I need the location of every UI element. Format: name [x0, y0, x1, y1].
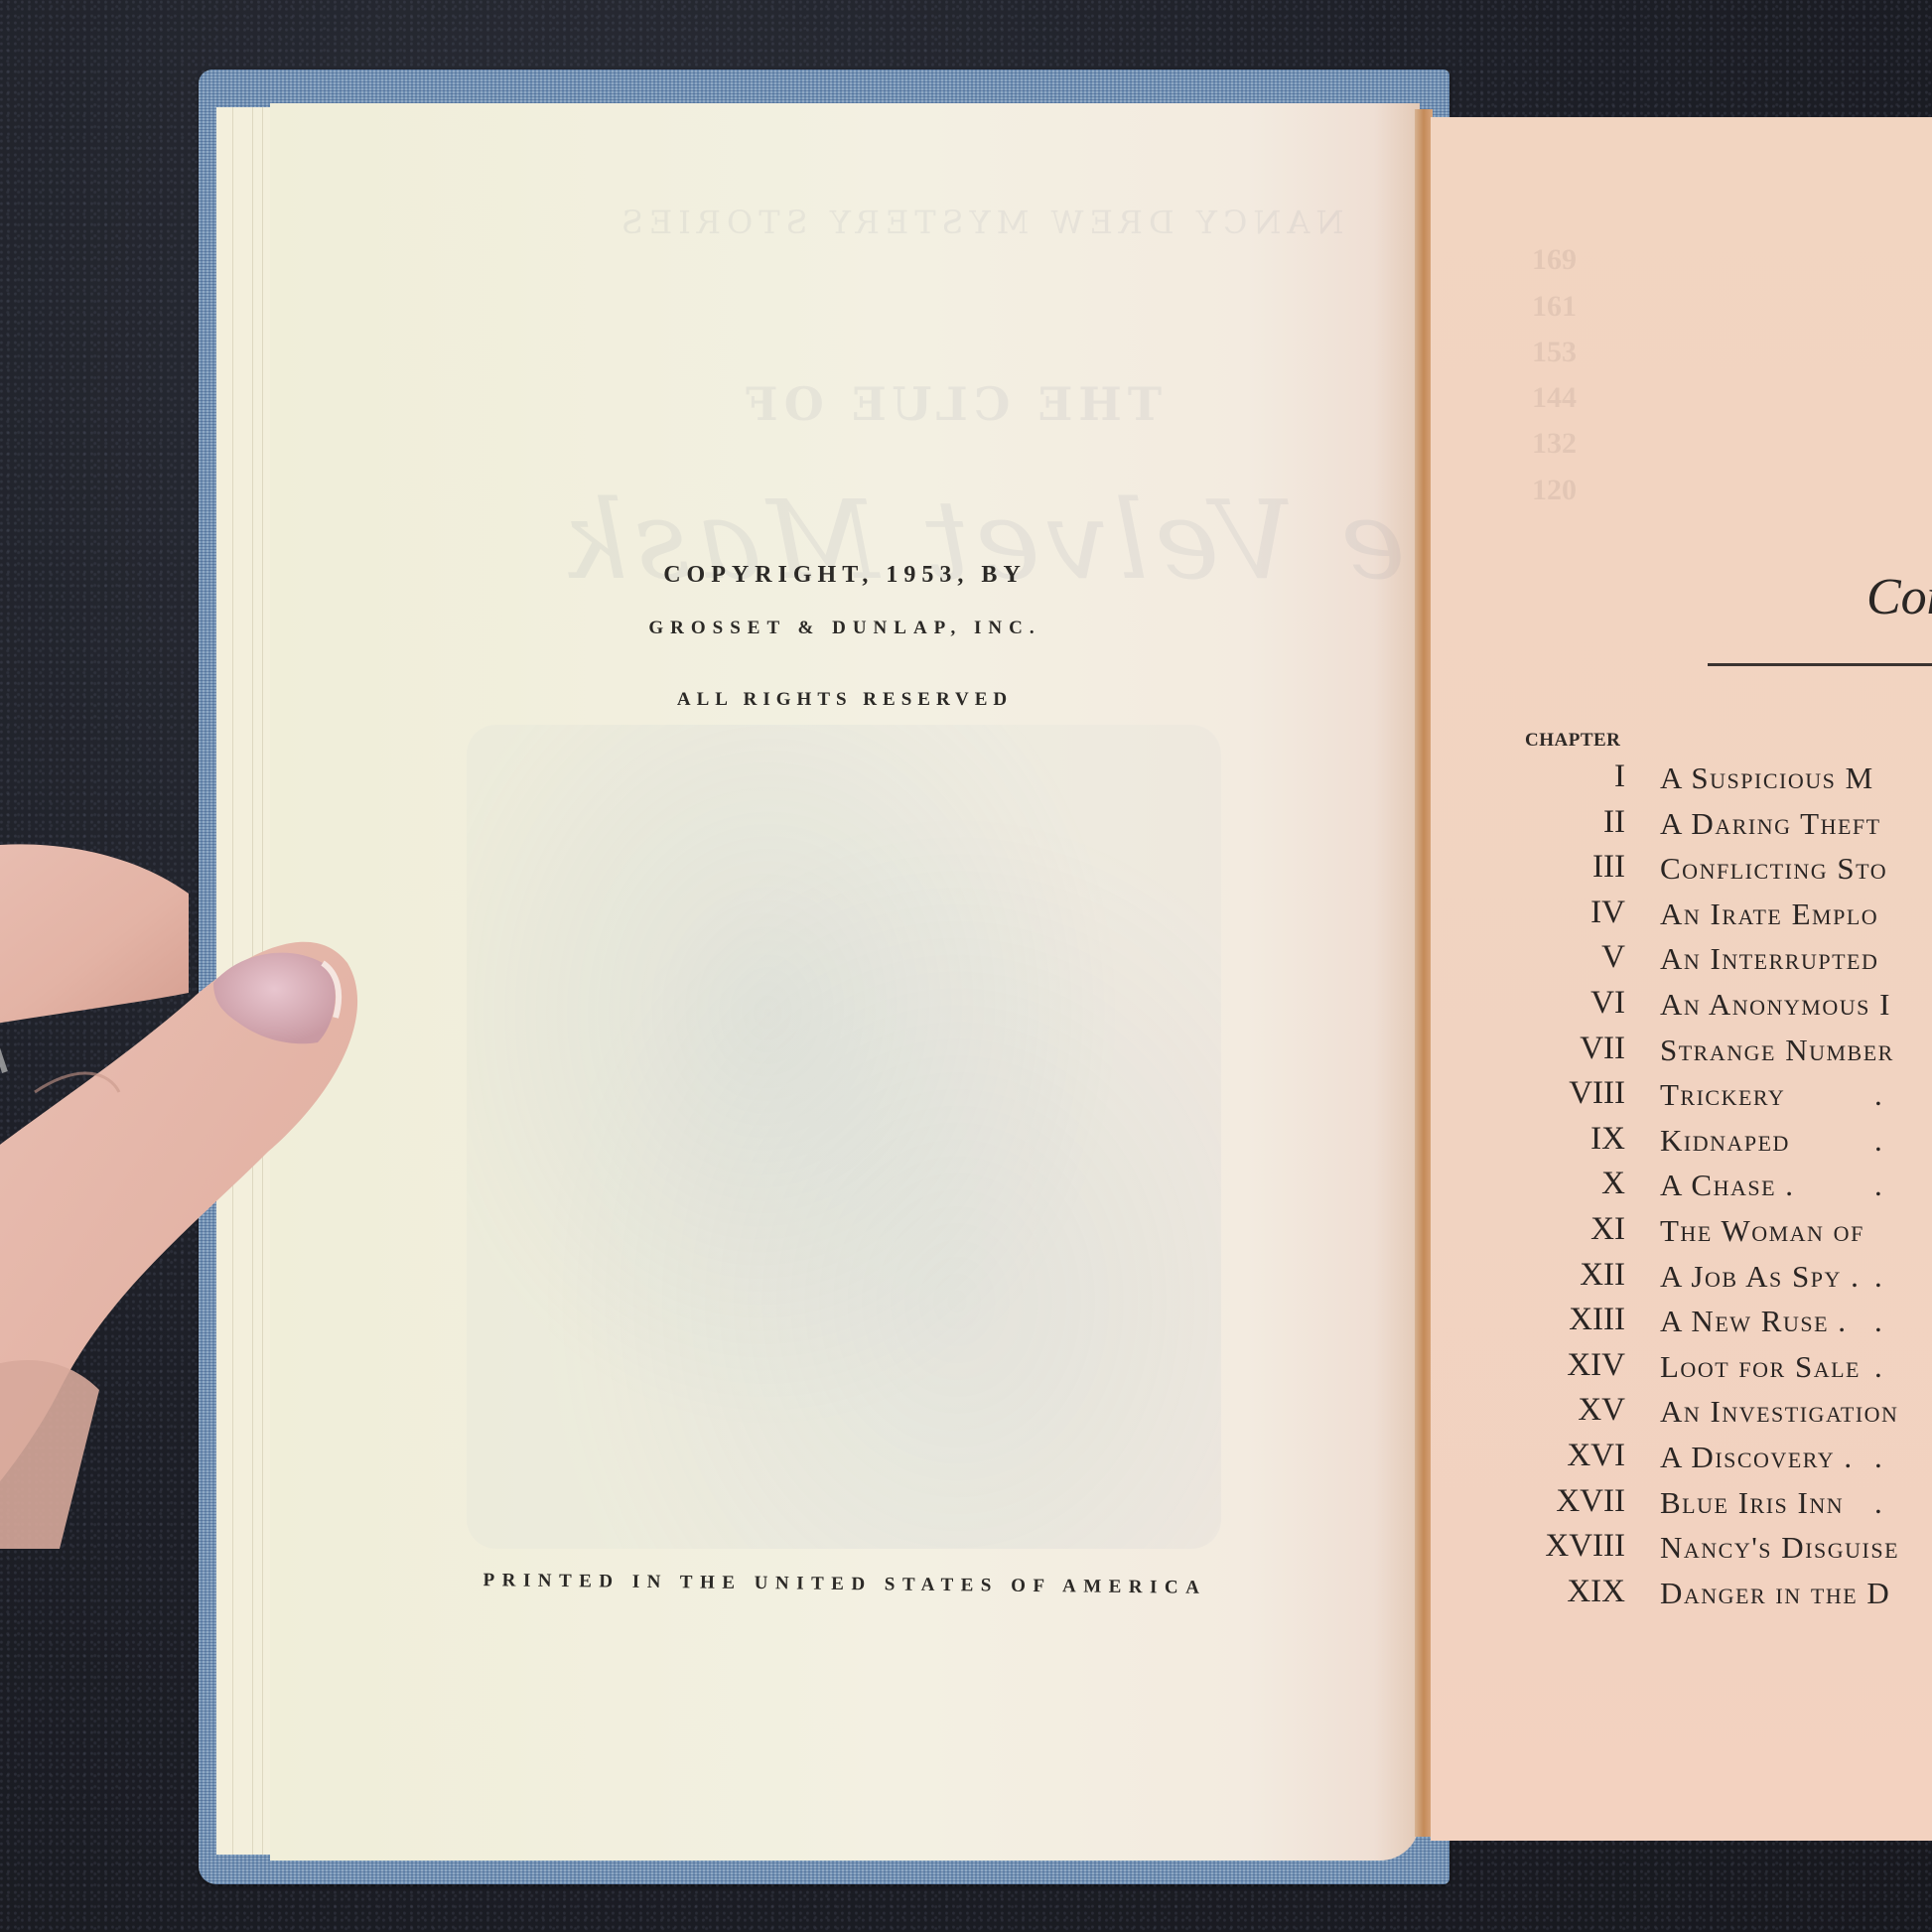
chapter-title: A Discovery . [1660, 1440, 1854, 1475]
leader-dots: . . [1874, 1077, 1932, 1113]
toc-row: VIIStrange Number [1489, 1031, 1932, 1076]
chapter-title: Blue Iris Inn [1660, 1485, 1844, 1521]
toc-row: IVAn Irate Emplo [1489, 895, 1932, 940]
chapter-numeral: XIX [1567, 1574, 1625, 1610]
chapter-numeral: VIII [1569, 1075, 1625, 1112]
leader-dots: . . [1874, 1123, 1932, 1159]
toc-row: XA Chase .. . [1489, 1166, 1932, 1211]
leader-dots: . [1874, 1440, 1912, 1475]
chapter-numeral: XVI [1567, 1438, 1625, 1474]
toc-row: XIVLoot for Sale. [1489, 1347, 1932, 1393]
chapter-title: An Irate Emplo [1660, 897, 1878, 932]
toc-row: XIIIA New Ruse .. [1489, 1302, 1932, 1347]
chapter-numeral: XV [1578, 1392, 1625, 1429]
chapter-title: A New Ruse . [1660, 1304, 1848, 1339]
chapter-title: Strange Number [1660, 1033, 1894, 1068]
chapter-title: A Daring Theft [1660, 806, 1881, 842]
toc-row: IIA Daring Theft [1489, 804, 1932, 850]
chapter-numeral: III [1592, 849, 1625, 886]
chapter-label: CHAPTER [1525, 730, 1620, 752]
chapter-title: An Anonymous I [1660, 987, 1891, 1023]
chapter-numeral: X [1601, 1166, 1625, 1202]
chapter-title: Nancy's Disguise [1660, 1530, 1899, 1566]
toc-row: IXKidnaped. . [1489, 1121, 1932, 1167]
chapter-title: An Interrupted [1660, 941, 1878, 977]
copyright-line: COPYRIGHT, 1953, BY [270, 562, 1420, 589]
chapter-numeral: IX [1590, 1121, 1625, 1158]
chapter-title: Kidnaped [1660, 1123, 1790, 1159]
chapter-title: Danger in the D [1660, 1576, 1890, 1611]
chapter-numeral: I [1614, 759, 1625, 795]
toc-row: VIIITrickery. . [1489, 1075, 1932, 1121]
chapter-title: Conflicting Sto [1660, 851, 1887, 887]
leader-dots: . [1874, 1485, 1912, 1521]
toc-row: XVIA Discovery .. [1489, 1438, 1932, 1483]
chapter-title: Trickery [1660, 1077, 1785, 1113]
chapter-numeral: IV [1590, 895, 1625, 931]
leader-dots: . [1874, 1349, 1912, 1385]
chapter-numeral: XIV [1567, 1347, 1625, 1384]
leader-dots: . [1874, 1259, 1912, 1295]
chapter-numeral: XVII [1556, 1483, 1625, 1520]
toc-row: XVAn Investigation [1489, 1392, 1932, 1438]
ghost-page-number: 169 [1532, 243, 1577, 277]
ghost-title-small: THE CLUE OF [740, 377, 1162, 431]
chapter-title: Loot for Sale [1660, 1349, 1861, 1385]
chapter-numeral: XVIII [1545, 1528, 1625, 1565]
chapter-title: An Investigation [1660, 1394, 1898, 1430]
ghost-page-number: 132 [1532, 427, 1577, 461]
rights-line: ALL RIGHTS RESERVED [270, 689, 1420, 711]
toc-row: XVIIINancy's Disguise [1489, 1528, 1932, 1574]
ghost-page-number: 161 [1532, 290, 1577, 324]
toc-row: IA Suspicious M [1489, 759, 1932, 804]
chapter-title: A Job As Spy . [1660, 1259, 1860, 1295]
leader-dots: . . [1874, 1168, 1932, 1203]
toc-row: IIIConflicting Sto [1489, 849, 1932, 895]
chapter-title: The Woman of [1660, 1213, 1864, 1249]
contents-heading: Con [1866, 568, 1932, 626]
chapter-title: A Chase . [1660, 1168, 1795, 1203]
ghost-page-number: 120 [1532, 474, 1577, 507]
toc-row: XVIIBlue Iris Inn. [1489, 1483, 1932, 1529]
publisher-line: GROSSET & DUNLAP, INC. [270, 618, 1420, 639]
toc-row: XIIA Job As Spy .. [1489, 1257, 1932, 1303]
chapter-title: A Suspicious M [1660, 760, 1874, 796]
hand-thumb [0, 834, 377, 1549]
leader-dots: . [1874, 1304, 1912, 1339]
chapter-numeral: II [1603, 804, 1625, 841]
toc-row: XIThe Woman of [1489, 1211, 1932, 1257]
ghost-page-number: 153 [1532, 336, 1577, 369]
ghost-frontispiece [467, 725, 1221, 1549]
toc-row: XIXDanger in the D [1489, 1574, 1932, 1619]
chapter-numeral: VI [1590, 985, 1625, 1022]
toc-row: VIAn Anonymous I [1489, 985, 1932, 1031]
ghost-page-number: 144 [1532, 381, 1577, 415]
chapter-numeral: VII [1580, 1031, 1625, 1067]
ghost-series-line: NANCY DREW MYSTERY STORIES [616, 204, 1344, 241]
chapter-numeral: XIII [1569, 1302, 1625, 1338]
toc-row: VAn Interrupted [1489, 939, 1932, 985]
chapter-numeral: V [1601, 939, 1625, 976]
chapter-numeral: XI [1590, 1211, 1625, 1248]
heading-rule [1708, 663, 1932, 666]
chapter-numeral: XII [1580, 1257, 1625, 1294]
